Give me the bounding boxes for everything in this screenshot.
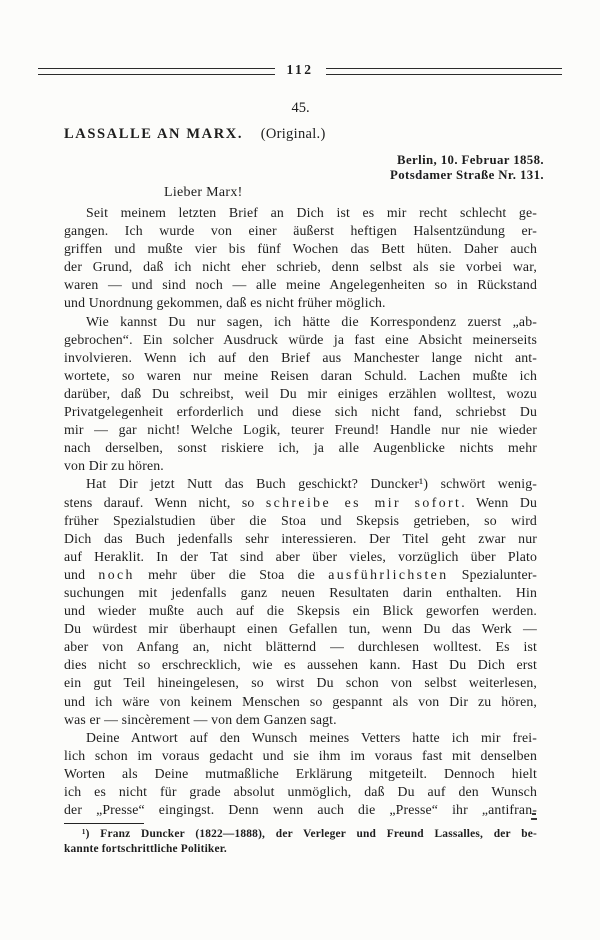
letter-number: 45. xyxy=(64,100,537,117)
letter-paragraph: Deine Antwort auf den Wunsch meines Vett… xyxy=(64,729,537,819)
book-page: 112 45. LASSALLE AN MARX. (Original.) Be… xyxy=(0,0,600,940)
text-line: griffen und mußte vier bis fünf Wochen d… xyxy=(64,240,537,258)
letterspaced-emphasis: noch xyxy=(98,567,134,582)
text-line: Wie kannst Du nur sagen, ich hätte die K… xyxy=(64,313,537,331)
footnote-separator-rule xyxy=(64,823,144,824)
text-line: dies nicht so erschrecklich, wie es auss… xyxy=(64,656,537,674)
text-line: ich es nicht für grade absolut unmöglich… xyxy=(64,783,537,801)
text-line: und Unordnung gekommen, daß es nicht frü… xyxy=(64,294,537,312)
text-line: kannte fortschrittliche Politiker. xyxy=(64,842,537,857)
text-line: und noch mehr über die Stoa die ausführl… xyxy=(64,566,537,584)
letter-paragraph: Hat Dir jetzt Nutt das Buch geschickt? D… xyxy=(64,475,537,728)
text-line: waren — und sind noch — alle meine Angel… xyxy=(64,276,537,294)
text-line: auf Heraklit. In der Tat sind aber über … xyxy=(64,548,537,566)
text-line: gebrochen“. Ein solcher Ausdruck würde j… xyxy=(64,331,537,349)
text-line: und wieder mußte auch auf die Skepsis ei… xyxy=(64,602,537,620)
print-artifact-mark xyxy=(530,813,537,823)
header-rule-left xyxy=(38,68,275,75)
page-number: 112 xyxy=(275,62,326,78)
letter-heading: LASSALLE AN MARX. (Original.) xyxy=(64,126,537,143)
text-line: suchungen mit jedenfalls ganz neuen Resu… xyxy=(64,584,537,602)
letter-title-note: (Original.) xyxy=(261,126,326,142)
text-line: gangen. Ich wurde von einer äußerst heft… xyxy=(64,222,537,240)
text-line: früher Spezialstudien über die Stoa und … xyxy=(64,512,537,530)
letter-paragraph: Seit meinem letzten Brief an Dich ist es… xyxy=(64,204,537,313)
text-line: und ich wäre von keinem Menschen so gesp… xyxy=(64,693,537,711)
header-rule-right xyxy=(326,68,563,75)
text-line: darüber, daß Du schreibst, weil Du mir e… xyxy=(64,385,537,403)
footnote: ¹) Franz Duncker (1822—1888), der Verleg… xyxy=(64,827,537,856)
text-segment: mehr über die Stoa die xyxy=(135,567,328,582)
dateline-place-date: Berlin, 10. Februar 1858. xyxy=(64,153,544,168)
text-line: Seit meinem letzten Brief an Dich ist es… xyxy=(64,204,537,222)
letter-body: Seit meinem letzten Brief an Dich ist es… xyxy=(64,204,537,819)
text-line: mir — gar nicht! Welche Logik, teurer Fr… xyxy=(64,421,537,439)
text-line: involvieren. Wenn ich auf den Brief aus … xyxy=(64,349,537,367)
letterspaced-emphasis: schreibe es mir sofort xyxy=(266,495,461,510)
text-line: Hat Dir jetzt Nutt das Buch geschickt? D… xyxy=(64,475,537,493)
text-line: ¹) Franz Duncker (1822—1888), der Verleg… xyxy=(64,827,537,842)
text-line: nach derselben, sonst riskiere ich, ja a… xyxy=(64,439,537,457)
dateline: Berlin, 10. Februar 1858. Potsdamer Stra… xyxy=(64,153,544,184)
text-line: Du würdest mir überhaupt einen Gefallen … xyxy=(64,620,537,638)
text-line: Deine Antwort auf den Wunsch meines Vett… xyxy=(64,729,537,747)
letter-title: LASSALLE AN MARX. xyxy=(64,126,243,142)
salutation: Lieber Marx! xyxy=(164,185,243,201)
text-line: Privatgelegenheit erforderlich und diese… xyxy=(64,403,537,421)
text-line: was er — sincèrement — von dem Ganzen sa… xyxy=(64,711,537,729)
text-line: der Grund, daß ich nicht eher schrieb, d… xyxy=(64,258,537,276)
dateline-address: Potsdamer Straße Nr. 131. xyxy=(64,168,544,183)
text-segment: und xyxy=(64,567,98,582)
text-line: ein gut Teil hineingelesen, so wirst Du … xyxy=(64,674,537,692)
text-line: lich schon im voraus gedacht und sie ihm… xyxy=(64,747,537,765)
text-line: Worten als Deine mutmaßliche Erklärung m… xyxy=(64,765,537,783)
letter-paragraph: Wie kannst Du nur sagen, ich hätte die K… xyxy=(64,313,537,476)
text-line: von Dir zu hören. xyxy=(64,457,537,475)
running-head: 112 xyxy=(38,63,562,79)
text-line: aber von Anfang an, nicht blätternd — du… xyxy=(64,638,537,656)
text-line: stens darauf. Wenn nicht, so schreibe es… xyxy=(64,494,537,512)
text-line: der „Presse“ eingingst. Denn wenn auch d… xyxy=(64,801,537,819)
text-segment: Spezialunter- xyxy=(449,567,538,582)
text-segment: . Wenn Du xyxy=(461,495,537,510)
letterspaced-emphasis: ausführlichsten xyxy=(328,567,448,582)
text-line: Dich das Buch jedenfalls sehr interessie… xyxy=(64,530,537,548)
text-line: wortete, so waren nur meine Reisen daran… xyxy=(64,367,537,385)
text-segment: stens darauf. Wenn nicht, so xyxy=(64,495,266,510)
